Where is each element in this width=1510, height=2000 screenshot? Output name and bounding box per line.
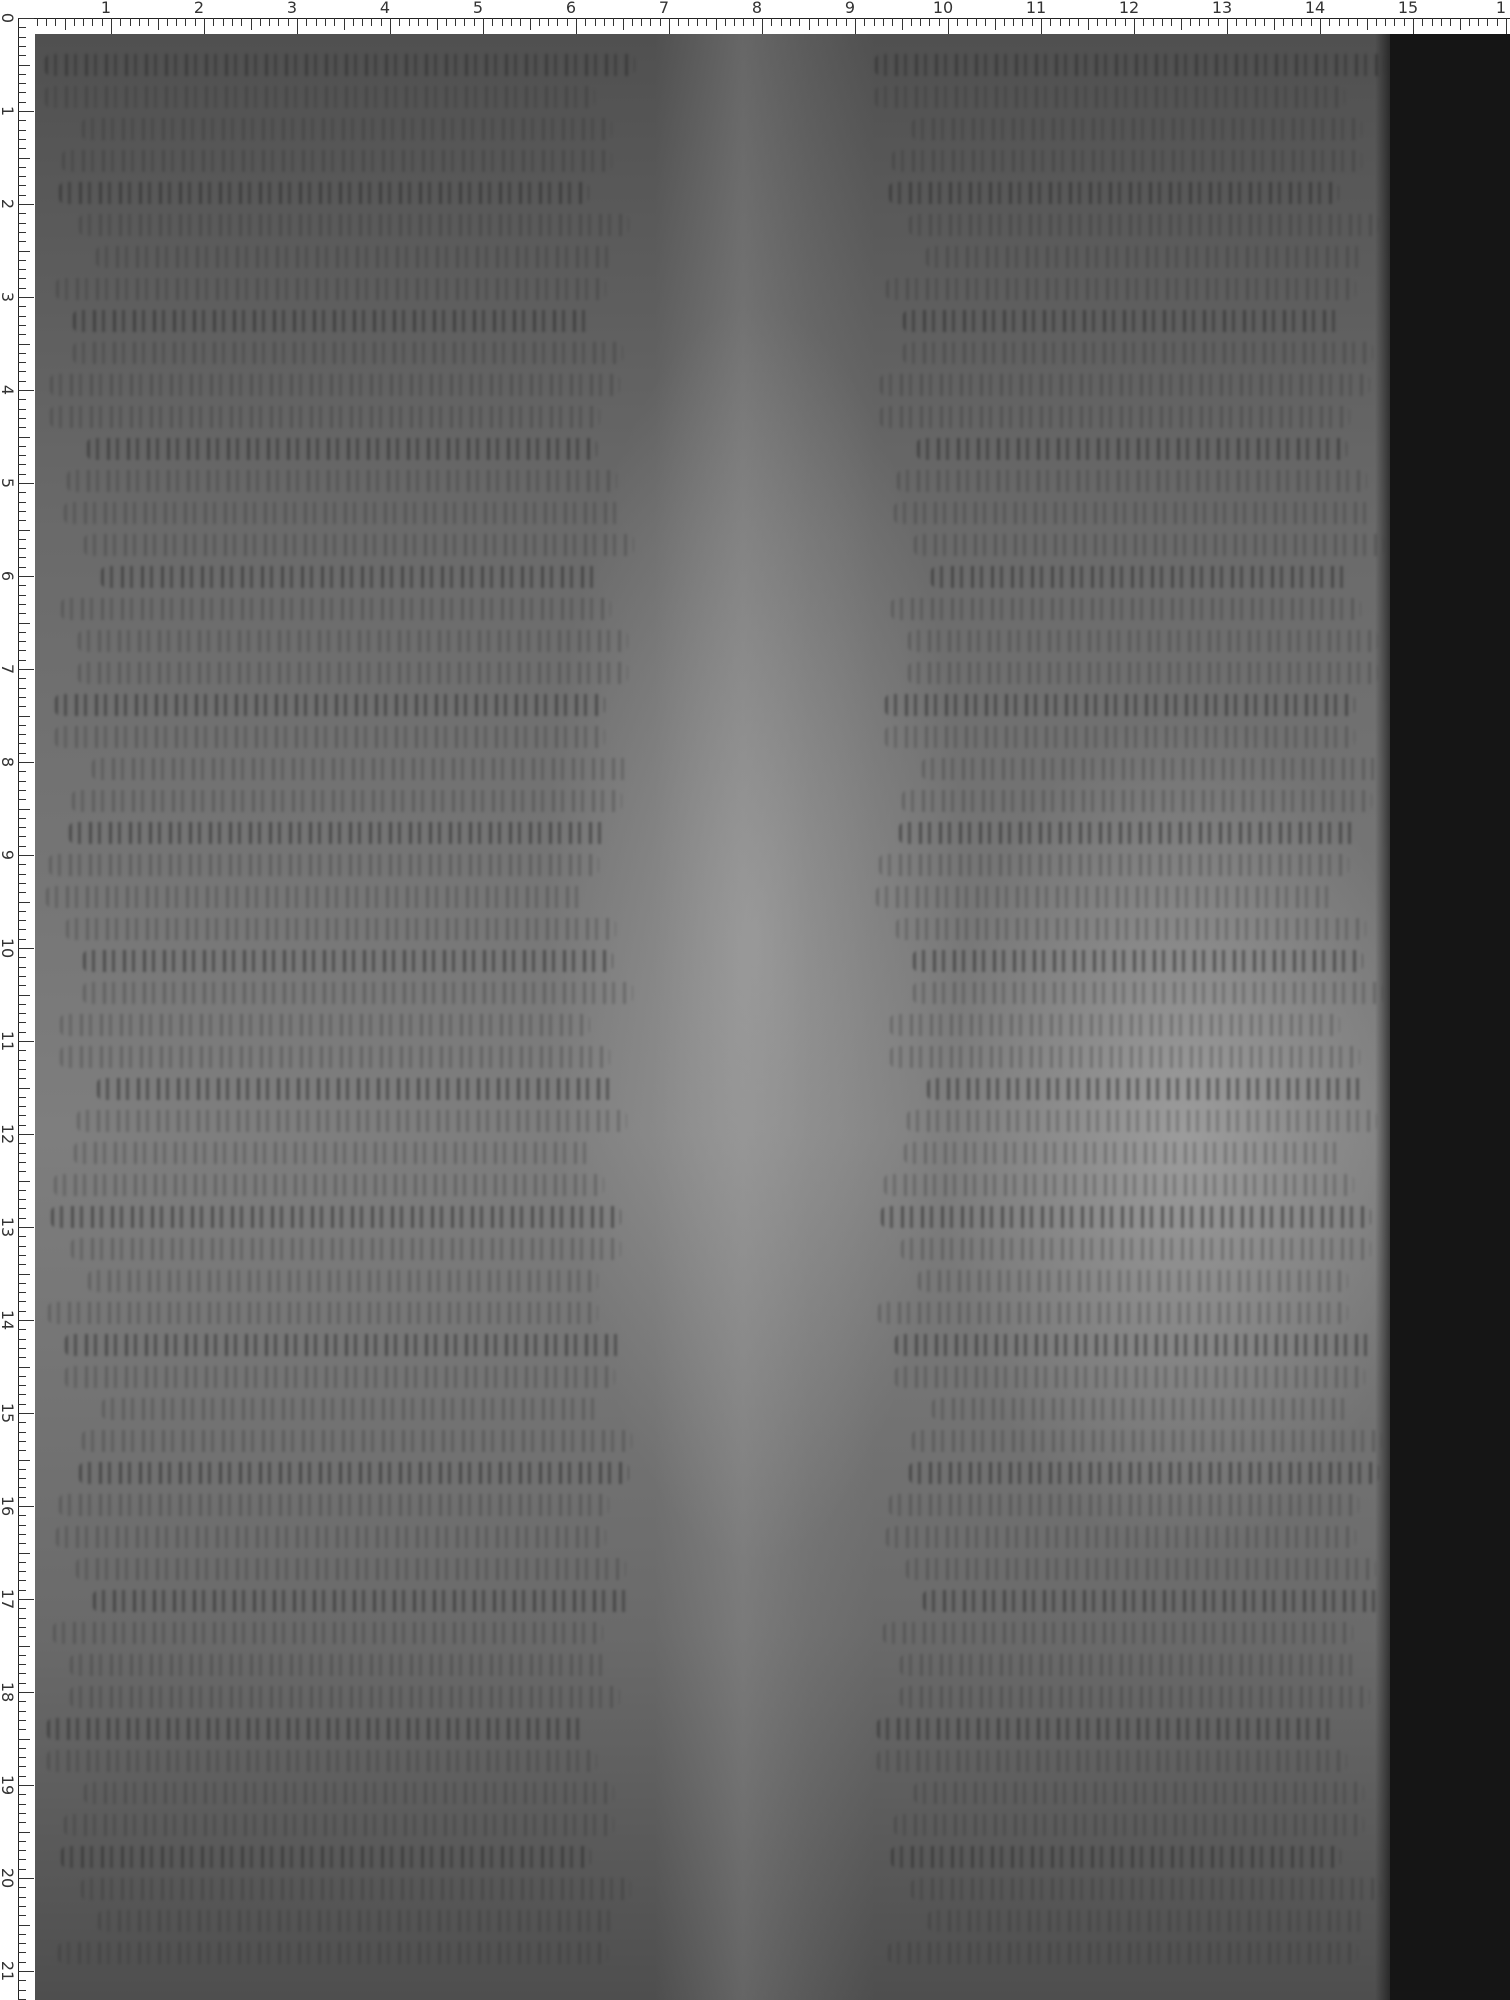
ruler-tick (762, 18, 763, 34)
underlying-text-line (45, 86, 595, 108)
ruler-tick (18, 278, 26, 279)
ruler-tick (530, 18, 531, 30)
ruler-tick (1022, 18, 1023, 26)
ruler-tick (18, 799, 26, 800)
ruler-tick (725, 18, 726, 26)
ruler-tick (1320, 18, 1321, 34)
underlying-text-line (53, 1622, 603, 1644)
ruler-tick (18, 1013, 26, 1014)
ruler-tick (18, 725, 26, 726)
ruler-tick (18, 325, 26, 326)
ruler-label: 14 (0, 1310, 17, 1330)
underlying-text-line (62, 150, 612, 172)
handwritten-text-line (904, 1142, 1344, 1164)
ruler-tick (1171, 18, 1172, 26)
ruler-tick (18, 1460, 30, 1461)
ruler-tick (306, 18, 307, 26)
ruler-tick (18, 1004, 26, 1005)
ruler-tick (1143, 18, 1144, 26)
ruler-tick (1283, 18, 1284, 26)
ruler-tick (1301, 18, 1302, 26)
handwritten-text-line (84, 1782, 614, 1804)
ruler-tick (18, 1711, 26, 1712)
underlying-text-line (47, 1750, 597, 1772)
ruler-tick (18, 1869, 26, 1870)
ruler-tick (604, 18, 605, 26)
ruler-tick (511, 18, 512, 26)
ruler-tick (204, 18, 205, 34)
handwritten-text-line (918, 1270, 1348, 1292)
left-text-column (45, 54, 635, 1994)
underlying-text-line (897, 470, 1367, 492)
ruler-tick (18, 1515, 26, 1516)
ruler-tick (37, 18, 38, 26)
handwritten-text-line (894, 502, 1374, 524)
ruler-tick (1506, 18, 1507, 34)
ruler-tick (18, 1181, 30, 1182)
ruler-tick (18, 1748, 26, 1749)
ruler-tick (18, 27, 26, 28)
ruler-tick (18, 1143, 26, 1144)
ruler-tick (1162, 18, 1163, 26)
ruler-tick (18, 855, 34, 856)
ruler-label: 3 (287, 0, 297, 17)
underlying-text-line (58, 1942, 608, 1964)
ruler-label: 19 (0, 1775, 17, 1795)
ruler-label: 2 (0, 199, 17, 209)
underlying-text-line (79, 214, 629, 236)
ruler-tick (18, 1878, 34, 1879)
underlying-text-line (879, 854, 1349, 876)
ruler-tick (911, 18, 912, 26)
handwritten-text-line (889, 182, 1339, 204)
underlying-text-line (912, 1430, 1382, 1452)
ruler-tick (18, 185, 26, 186)
ruler-tick (18, 557, 26, 558)
ruler-tick (18, 409, 26, 410)
handwritten-text-line (900, 1654, 1360, 1676)
ruler-tick (18, 1636, 26, 1637)
underlying-text-line (61, 598, 611, 620)
ruler-tick (1264, 18, 1265, 26)
ruler-tick (18, 1766, 26, 1767)
ruler-tick (55, 18, 56, 26)
ruler-tick (18, 1776, 26, 1777)
ruler-tick (18, 1478, 26, 1479)
ruler-tick (1441, 18, 1442, 26)
handwritten-text-line (875, 54, 1385, 76)
ruler-tick (111, 18, 112, 34)
ruler-tick (18, 613, 26, 614)
ruler-tick (678, 18, 679, 26)
handwritten-text-line (927, 1078, 1367, 1100)
ruler-tick (18, 688, 26, 689)
ruler-tick (18, 595, 26, 596)
ruler-tick (18, 567, 26, 568)
handwritten-text-line (928, 1910, 1368, 1932)
ruler-label: 12 (0, 1124, 17, 1144)
ruler-tick (46, 18, 47, 26)
ruler-tick (353, 18, 354, 26)
underlying-text-line (76, 1558, 626, 1580)
handwritten-text-line (74, 1142, 594, 1164)
ruler-tick (18, 334, 26, 335)
handwritten-text-line (909, 1462, 1379, 1484)
ruler-tick (18, 1943, 26, 1944)
underlying-text-line (81, 1878, 631, 1900)
underlying-text-line (885, 726, 1355, 748)
handwritten-text-line (73, 310, 593, 332)
ruler-tick (18, 1739, 30, 1740)
ruler-tick (18, 37, 26, 38)
ruler-label: 3 (0, 292, 17, 302)
underlying-text-line (883, 1622, 1353, 1644)
ruler-tick (1357, 18, 1358, 26)
ruler-tick (18, 381, 26, 382)
ruler-tick (344, 18, 345, 30)
ruler-tick (1469, 18, 1470, 26)
ruler-tick (18, 390, 34, 391)
ruler-tick (18, 1962, 26, 1963)
handwritten-text-line (931, 566, 1351, 588)
ruler-tick (18, 1357, 26, 1358)
ruler-tick (18, 1673, 26, 1674)
ruler-tick (1078, 18, 1079, 26)
ruler-tick (18, 139, 26, 140)
ruler-tick (74, 18, 75, 26)
ruler-tick (18, 650, 26, 651)
ruler-tick (18, 818, 26, 819)
ruler-tick (18, 502, 26, 503)
ruler-tick (18, 911, 26, 912)
ruler-tick (18, 678, 26, 679)
ruler-tick (1060, 18, 1061, 26)
ruler-tick (18, 1227, 34, 1228)
ruler-tick (18, 1590, 26, 1591)
handwritten-text-line (78, 630, 628, 652)
ruler-tick (18, 18, 34, 19)
ruler-tick (585, 18, 586, 26)
ruler-tick (371, 18, 372, 26)
underlying-text-line (70, 1686, 620, 1708)
underlying-text-line (911, 1878, 1381, 1900)
ruler-tick (1097, 18, 1098, 26)
ruler-tick (18, 1060, 26, 1061)
underlying-text-line (906, 1558, 1376, 1580)
ruler-tick (641, 18, 642, 26)
ruler-tick (18, 697, 26, 698)
ruler-tick (492, 18, 493, 26)
ruler-tick (18, 1088, 30, 1089)
ruler-label: 1 (0, 106, 17, 116)
ruler-label: 6 (566, 0, 576, 17)
ruler-tick (18, 306, 26, 307)
ruler-tick (18, 1041, 34, 1042)
ruler-tick (427, 18, 428, 26)
ruler-tick (18, 418, 26, 419)
ruler-tick (1348, 18, 1349, 26)
ruler-tick (18, 641, 26, 642)
ruler-tick (799, 18, 800, 26)
underlying-text-line (60, 1046, 610, 1068)
underlying-text-line (54, 1174, 604, 1196)
ruler-tick (1432, 18, 1433, 26)
handwritten-text-line (93, 1590, 633, 1612)
handwritten-text-line (890, 1014, 1340, 1036)
ruler-tick (18, 1934, 26, 1935)
horizontal-scale-ruler: 01234567891011121314151 (0, 0, 1510, 34)
handwritten-text-line (96, 246, 616, 268)
ruler-tick (548, 18, 549, 26)
ruler-tick (18, 1952, 26, 1953)
underlying-text-line (900, 1686, 1370, 1708)
ruler-tick (18, 548, 26, 549)
ruler-label: 13 (0, 1217, 17, 1237)
handwritten-text-line (877, 1718, 1337, 1740)
ruler-label: 10 (933, 0, 953, 17)
ruler-tick (18, 1906, 26, 1907)
handwritten-text-line (64, 502, 624, 524)
underlying-text-line (83, 982, 633, 1004)
ruler-tick (18, 1757, 26, 1758)
ruler-tick (18, 1785, 34, 1786)
ruler-tick (18, 241, 26, 242)
column-gutter (655, 34, 875, 2000)
handwritten-text-line (903, 310, 1343, 332)
ruler-tick (18, 1301, 26, 1302)
handwritten-text-line (886, 1526, 1356, 1548)
ruler-tick (251, 18, 252, 30)
ruler-tick (18, 1980, 26, 1981)
ruler-tick (1385, 18, 1386, 26)
ruler-tick (18, 585, 26, 586)
underlying-text-line (67, 470, 617, 492)
ruler-tick (18, 948, 34, 949)
ruler-label: 0 (0, 13, 17, 23)
ruler-tick (18, 46, 26, 47)
handwritten-text-line (908, 630, 1378, 652)
ruler-tick (18, 1106, 26, 1107)
ruler-tick (1450, 18, 1451, 26)
handwritten-text-line (79, 1462, 629, 1484)
ruler-tick (18, 995, 30, 996)
ruler-tick (334, 18, 335, 26)
ruler-tick (18, 1153, 26, 1154)
ruler-tick (18, 1683, 26, 1684)
ruler-tick (18, 1720, 26, 1721)
ruler-tick (260, 18, 261, 26)
ruler-tick (18, 1348, 26, 1349)
underlying-text-line (72, 790, 622, 812)
ruler-tick (18, 353, 26, 354)
handwritten-text-line (917, 438, 1347, 460)
underlying-text-line (895, 1366, 1365, 1388)
ruler-tick (18, 1069, 26, 1070)
ruler-tick (1227, 18, 1228, 34)
ruler-tick (18, 1525, 26, 1526)
ruler-label: 8 (0, 757, 17, 767)
ruler-tick (613, 18, 614, 26)
underlying-text-line (907, 1110, 1377, 1132)
ruler-tick (18, 1450, 26, 1451)
handwritten-text-line (82, 118, 612, 140)
ruler-tick (18, 1171, 26, 1172)
ruler-tick (18, 1990, 26, 1991)
underlying-text-line (878, 1302, 1348, 1324)
ruler-tick (18, 1627, 26, 1628)
ruler-tick (18, 846, 26, 847)
ruler-label: 11 (1026, 0, 1046, 17)
ruler-tick (18, 864, 26, 865)
ruler-tick (18, 1646, 30, 1647)
ruler-tick (18, 83, 26, 84)
ruler-tick (18, 232, 26, 233)
underlying-text-line (71, 1238, 621, 1260)
ruler-tick (18, 1897, 26, 1898)
ruler-tick (278, 18, 279, 26)
ruler-tick (18, 1580, 26, 1581)
ruler-tick (241, 18, 242, 26)
vertical-scale-ruler: 0123456789101112131415161718192021 (0, 0, 34, 2000)
ruler-tick (1013, 18, 1014, 26)
handwritten-text-line (45, 54, 635, 76)
ruler-tick (957, 18, 958, 26)
ruler-tick (83, 18, 84, 26)
ruler-tick (18, 985, 26, 986)
underlying-text-line (896, 918, 1366, 940)
underlying-text-line (82, 1430, 632, 1452)
underlying-text-line (913, 982, 1383, 1004)
underlying-text-line (886, 278, 1356, 300)
ruler-label: 1 (101, 0, 111, 17)
ruler-tick (688, 18, 689, 26)
ruler-label: 12 (1119, 0, 1139, 17)
ruler-tick (697, 18, 698, 26)
ruler-tick (520, 18, 521, 26)
ruler-tick (130, 18, 131, 26)
ruler-label: 1 (1496, 0, 1506, 17)
handwritten-text-line (56, 1526, 606, 1548)
ruler-tick (18, 120, 26, 121)
ruler-tick (381, 18, 382, 26)
ruler-label: 5 (473, 0, 483, 17)
ruler-tick (18, 530, 30, 531)
ruler-label: 10 (0, 938, 17, 958)
ruler-tick (18, 1413, 34, 1414)
ruler-tick (1339, 18, 1340, 26)
ruler-tick (771, 18, 772, 26)
ruler-tick (464, 18, 465, 26)
ruler-label: 18 (0, 1682, 17, 1702)
ruler-tick (102, 18, 103, 26)
handwritten-text-line (55, 694, 605, 716)
ruler-tick (1125, 18, 1126, 26)
ruler-tick (316, 18, 317, 26)
handwritten-text-line (46, 886, 586, 908)
right-text-column (875, 54, 1385, 1994)
ruler-tick (18, 1022, 26, 1023)
ruler-tick (18, 753, 26, 754)
ruler-tick (18, 1553, 30, 1554)
ruler-tick (18, 1236, 26, 1237)
ruler-tick (809, 18, 810, 30)
ruler-tick (1004, 18, 1005, 26)
underlying-text-line (49, 854, 599, 876)
ruler-tick (18, 427, 26, 428)
ruler-tick (325, 18, 326, 26)
ruler-tick (18, 1664, 26, 1665)
handwritten-text-line (926, 246, 1366, 268)
ruler-tick (18, 1320, 34, 1321)
ruler-tick (18, 1655, 26, 1656)
ruler-tick (18, 1794, 26, 1795)
ruler-tick (18, 1115, 26, 1116)
ruler-tick (18, 790, 26, 791)
ruler-label: 7 (0, 664, 17, 674)
ruler-tick (576, 18, 577, 34)
ruler-tick (18, 1534, 26, 1535)
underlying-text-line (875, 86, 1345, 108)
ruler-tick (18, 1441, 26, 1442)
ruler-tick (595, 18, 596, 26)
underlying-text-line (66, 918, 616, 940)
ruler-label: 7 (659, 0, 669, 17)
ruler-tick (1404, 18, 1405, 26)
ruler-tick (18, 1832, 30, 1833)
ruler-tick (148, 18, 149, 26)
ruler-tick (18, 576, 34, 577)
ruler-tick (920, 18, 921, 26)
underlying-text-line (59, 1494, 609, 1516)
handwritten-text-line (88, 1270, 598, 1292)
handwritten-text-line (895, 1334, 1375, 1356)
ruler-tick (567, 18, 568, 26)
ruler-tick (18, 1050, 26, 1051)
ruler-tick (18, 167, 26, 168)
ruler-tick (1032, 18, 1033, 26)
ruler-tick (18, 604, 26, 605)
ruler-tick (362, 18, 363, 26)
ruler-tick (18, 1599, 34, 1600)
ruler-tick (18, 874, 26, 875)
ruler-tick (18, 1692, 34, 1693)
handwritten-text-line (92, 758, 632, 780)
ruler-tick (483, 18, 484, 34)
ruler-tick (18, 1199, 26, 1200)
ruler-tick (409, 18, 410, 26)
ruler-tick (502, 18, 503, 26)
ruler-tick (18, 1255, 26, 1256)
ruler-tick (18, 176, 26, 177)
ruler-tick (18, 1432, 26, 1433)
ruler-label: 6 (0, 571, 17, 581)
underlying-text-line (892, 150, 1362, 172)
ruler-label: 13 (1212, 0, 1232, 17)
ruler-tick (18, 1813, 26, 1814)
ruler-tick (18, 1097, 26, 1098)
handwritten-text-line (914, 1782, 1364, 1804)
ruler-tick (18, 929, 26, 930)
ruler-tick (669, 18, 670, 34)
ruler-tick (1088, 18, 1089, 30)
ruler-tick (18, 939, 26, 940)
ruler-tick (18, 1190, 26, 1191)
underlying-text-line (903, 342, 1373, 364)
ruler-tick (1367, 18, 1368, 30)
ruler-tick (18, 1078, 26, 1079)
handwritten-text-line (59, 182, 589, 204)
underlying-text-line (48, 1302, 598, 1324)
